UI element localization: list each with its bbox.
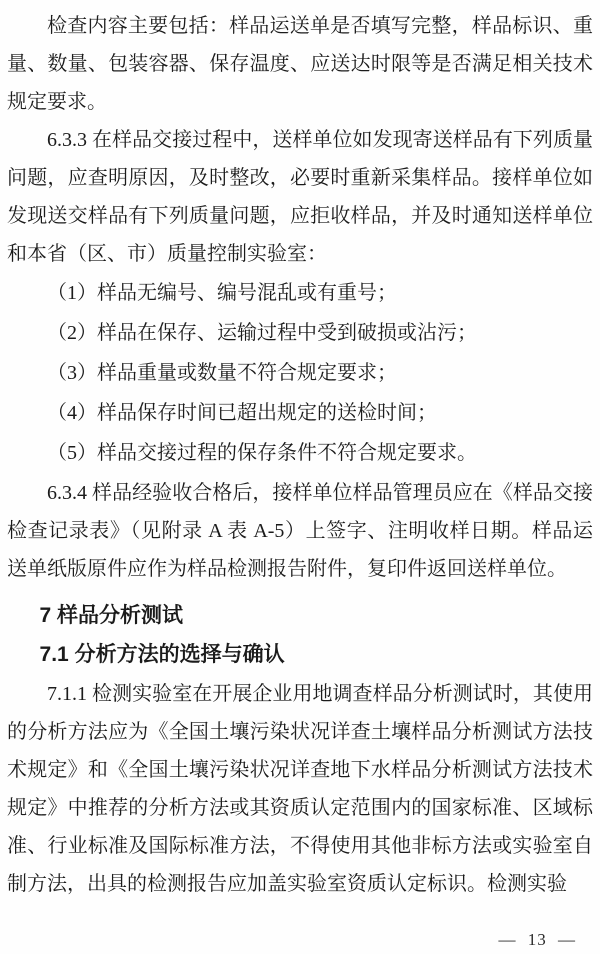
paragraph-6-3-4: 6.3.4 样品经验收合格后，接样单位样品管理员应在《样品交接检查记录表》（见附… xyxy=(7,474,593,588)
list-item-3: （3）样品重量或数量不符合规定要求； xyxy=(7,354,593,393)
list-item-2: （2）样品在保存、运输过程中受到破损或沾污； xyxy=(7,314,593,353)
section-heading-7-1: 7.1 分析方法的选择与确认 xyxy=(7,635,593,675)
document-page: 检查内容主要包括：样品运送单是否填写完整，样品标识、重量、数量、包装容器、保存温… xyxy=(0,0,600,954)
paragraph-7-1-1: 7.1.1 检测实验室在开展企业用地调查样品分析测试时，其使用的分析方法应为《全… xyxy=(7,675,593,903)
page-footer: — 13 — xyxy=(499,930,577,950)
paragraph-6-3-3: 6.3.3 在样品交接过程中，送样单位如发现寄送样品有下列质量问题，应查明原因，… xyxy=(7,121,593,273)
section-heading-7: 7 样品分析测试 xyxy=(7,597,593,635)
list-item-5: （5）样品交接过程的保存条件不符合规定要求。 xyxy=(7,434,593,473)
page-number: — 13 — xyxy=(499,930,577,949)
list-item-4: （4）样品保存时间已超出规定的送检时间； xyxy=(7,394,593,433)
list-item-1: （1）样品无编号、编号混乱或有重号； xyxy=(7,274,593,313)
paragraph-inspection-content: 检查内容主要包括：样品运送单是否填写完整，样品标识、重量、数量、包装容器、保存温… xyxy=(7,7,593,121)
